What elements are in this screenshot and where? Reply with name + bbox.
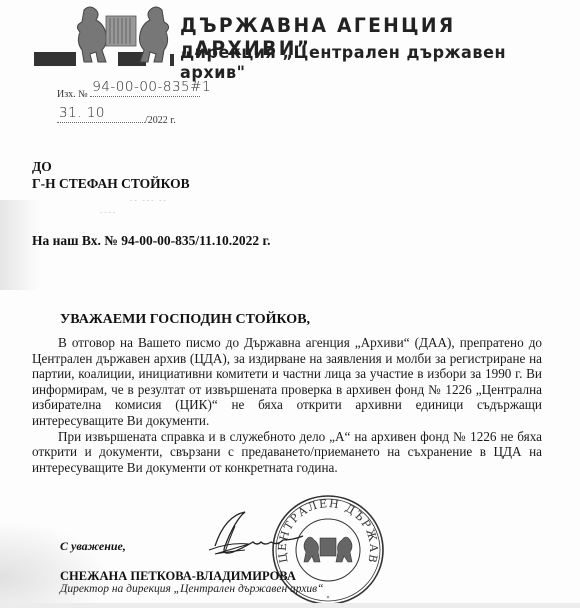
date-handwritten: 31. 10 <box>59 105 105 121</box>
lions-archive-emblem-icon <box>34 2 204 70</box>
redacted-address: -- --- -- <box>130 196 168 204</box>
signer-title: Директор на дирекция „Централен държавен… <box>60 583 324 595</box>
date-field: 31. 10 <box>57 112 145 123</box>
date-row: 31. 10 /2022 г. <box>57 112 176 126</box>
recipient-name: Г-Н СТЕФАН СТОЙКОВ <box>32 176 190 192</box>
redacted-address: ---- <box>100 208 117 216</box>
outgoing-number: 94-00-00-835#1 <box>92 79 211 95</box>
recipient-label: ДО <box>32 159 52 175</box>
greeting: УВАЖАЕМИ ГОСПОДИН СТОЙКОВ, <box>60 312 310 328</box>
outgoing-number-row: Изх. № 94-00-00-835#1 <box>57 86 200 100</box>
date-suffix: /2022 г. <box>145 115 176 126</box>
handwritten-signature-icon <box>195 506 325 568</box>
letter-body: В отговор на Вашето писмо до Държавна аг… <box>32 335 542 475</box>
outgoing-number-field: 94-00-00-835#1 <box>90 86 200 97</box>
body-paragraph: В отговор на Вашето писмо до Държавна аг… <box>32 335 542 429</box>
body-paragraph: При извършената справка и в служебното д… <box>32 429 542 476</box>
scan-edge <box>0 603 580 608</box>
incoming-reference: На наш Вх. № 94-00-00-835/11.10.2022 г. <box>32 233 271 249</box>
svg-text:*: * <box>327 596 330 602</box>
directorate-name: Дирекция „Централен държавен архив" <box>180 43 556 83</box>
outgoing-label: Изх. № <box>57 89 88 100</box>
signer-name: СНЕЖАНА ПЕТКОВА-ВЛАДИМИРОВА <box>60 569 296 584</box>
closing: С уважение, <box>60 539 126 554</box>
letter-page: ДЪРЖАВНА АГЕНЦИЯ „АРХИВИ” Дирекция „Цент… <box>0 0 580 603</box>
